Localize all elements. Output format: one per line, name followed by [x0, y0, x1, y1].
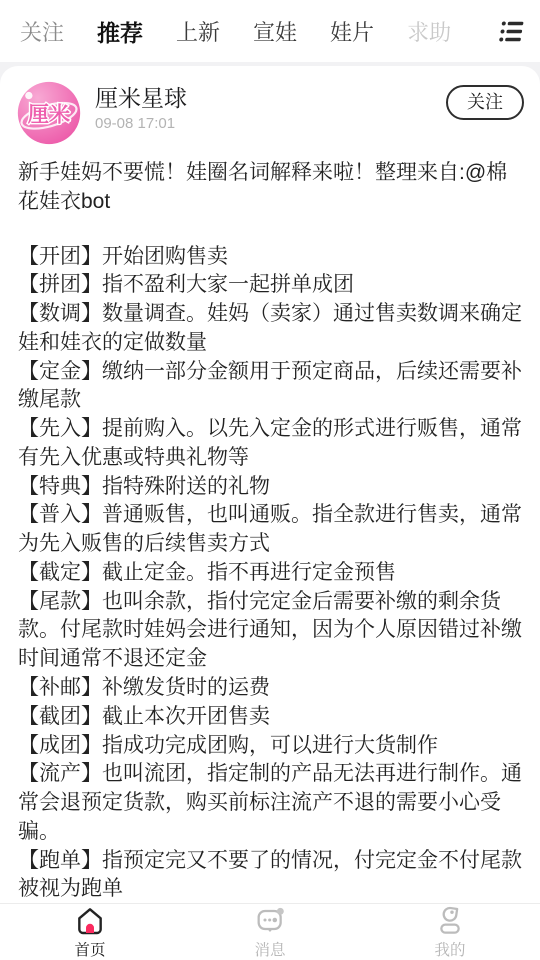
post-intro-text: 新手娃妈不要慌！娃圈名词解释来啦！整理来自:@棉花娃衣bot	[18, 159, 522, 217]
glossary-item: 【开团】开始团购售卖	[18, 243, 522, 272]
nav-label-messages: 消息	[254, 938, 285, 960]
glossary-item: 【先入】提前购入。以先入定金的形式进行贩售，通常有先入优惠或特典礼物等	[18, 415, 522, 473]
nav-item-profile[interactable]: 我的	[360, 904, 540, 960]
profile-icon	[434, 905, 466, 937]
glossary-list: 【开团】开始团购售卖 【拼团】指不盈利大家一起拼单成团 【数调】数量调查。娃妈（…	[18, 243, 522, 933]
glossary-item: 【成团】指成功完成团购，可以进行大货制作	[18, 732, 522, 761]
nav-label-home: 首页	[74, 938, 105, 960]
tab-follow[interactable]: 关注	[20, 16, 64, 47]
author-info: 厘米星球 09-08 17:01	[95, 80, 446, 132]
glossary-item: 【截团】截止本次开团售卖	[18, 703, 522, 732]
feed-tabs: 关注 推荐 上新 宣娃 娃片 求助	[20, 15, 485, 48]
post-body: 新手娃妈不要慌！娃圈名词解释来啦！整理来自:@棉花娃衣bot 【开团】开始团购售…	[0, 146, 540, 933]
nav-label-profile: 我的	[434, 938, 465, 960]
nav-item-messages[interactable]: 消息	[180, 904, 360, 960]
home-icon	[74, 905, 106, 937]
post-card: 厘米 厘米星球 09-08 17:01 关注 新手娃妈不要慌！娃圈名词解释来啦！…	[0, 66, 540, 960]
post-timestamp: 09-08 17:01	[95, 115, 446, 132]
bottom-nav: 首页 消息	[0, 903, 540, 960]
app-screen: 关注 推荐 上新 宣娃 娃片 求助	[0, 0, 540, 960]
glossary-item: 【定金】缴纳一部分金额用于预定商品，后续还需要补缴尾款	[18, 358, 522, 416]
glossary-item: 【尾款】也叫余款，指付完定金后需要补缴的剩余货款。付尾款时娃妈会进行通知，因为个…	[18, 588, 522, 674]
glossary-item: 【补邮】补缴发货时的运费	[18, 674, 522, 703]
tab-help[interactable]: 求助	[407, 16, 451, 47]
glossary-item: 【流产】也叫流团，指定制的产品无法再进行制作。通常会退预定货款，购买前标注流产不…	[18, 760, 522, 846]
tab-recommend[interactable]: 推荐	[97, 15, 143, 48]
glossary-item: 【跑单】指预定完又不要了的情况，付完定金不付尾款被视为跑单	[18, 847, 522, 905]
post-author-row: 厘米 厘米星球 09-08 17:01 关注	[0, 66, 540, 146]
glossary-item: 【特典】指特殊附送的礼物	[18, 473, 522, 502]
avatar[interactable]: 厘米	[16, 80, 82, 146]
message-icon	[254, 905, 286, 937]
follow-button[interactable]: 关注	[446, 85, 524, 120]
tab-new-arrivals[interactable]: 上新	[176, 16, 220, 47]
glossary-item: 【拼团】指不盈利大家一起拼单成团	[18, 271, 522, 300]
glossary-item: 【数调】数量调查。娃妈（卖家）通过售卖数调来确定娃和娃衣的定做数量	[18, 300, 522, 358]
avatar-logo-text: 厘米	[28, 101, 70, 126]
top-tab-bar: 关注 推荐 上新 宣娃 娃片 求助	[0, 0, 540, 62]
glossary-item: 【截定】截止定金。指不再进行定金预售	[18, 559, 522, 588]
glossary-item: 【普入】普通贩售，也叫通贩。指全款进行售卖，通常为先入贩售的后续售卖方式	[18, 501, 522, 559]
tab-xuan-wa[interactable]: 宣娃	[253, 16, 297, 47]
author-name[interactable]: 厘米星球	[95, 84, 446, 112]
tab-wa-pian[interactable]: 娃片	[330, 16, 374, 47]
nav-item-home[interactable]: 首页	[0, 904, 180, 960]
category-list-menu-icon[interactable]	[497, 19, 524, 44]
